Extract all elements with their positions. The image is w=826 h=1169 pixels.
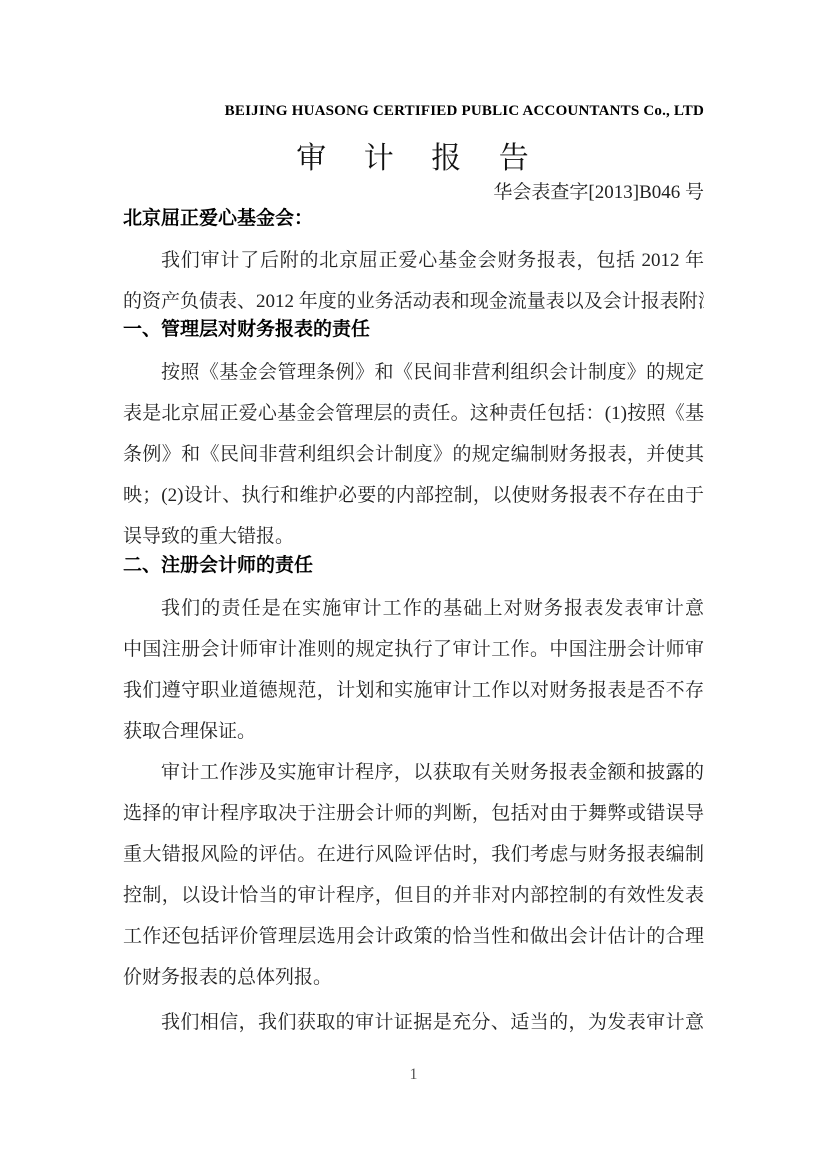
text-line: 审计工作涉及实施审计程序，以获取有关财务报表金额和披露的审计证据。 — [123, 752, 704, 793]
text-line: 工作还包括评价管理层选用会计政策的恰当性和做出会计估计的合理性，以及评 — [123, 916, 704, 957]
firm-name-english: BEIJING HUASONG CERTIFIED PUBLIC ACCOUNT… — [123, 103, 704, 120]
section2-paragraph-1: 我们的责任是在实施审计工作的基础上对财务报表发表审计意见。我们按照 中国注册会计… — [123, 588, 704, 752]
text-line: 控制，以设计恰当的审计程序，但目的并非对内部控制的有效性发表意见。审计 — [123, 875, 704, 916]
report-title: 审 计 报 告 — [123, 133, 704, 177]
text-line: 获取合理保证。 — [123, 711, 704, 752]
section2-paragraph-2: 审计工作涉及实施审计程序，以获取有关财务报表金额和披露的审计证据。 选择的审计程… — [123, 752, 704, 998]
section2-heading: 二、注册会计师的责任 — [123, 553, 704, 579]
text-line: 我们相信，我们获取的审计证据是充分、适当的，为发表审计意见提供了基 — [123, 1002, 704, 1043]
section1-paragraph: 按照《基金会管理条例》和《民间非营利组织会计制度》的规定编制财务报 表是北京屈正… — [123, 352, 704, 557]
text-line: 我们的责任是在实施审计工作的基础上对财务报表发表审计意见。我们按照 — [123, 588, 704, 629]
reference-number: 华会表查字[2013]B046 号 — [123, 177, 704, 204]
text-line: 映；(2)设计、执行和维护必要的内部控制，以使财务报表不存在由于舞弊或错 — [123, 475, 704, 516]
text-line: 价财务报表的总体列报。 — [123, 957, 704, 998]
section2-paragraph-3: 我们相信，我们获取的审计证据是充分、适当的，为发表审计意见提供了基 — [123, 1002, 704, 1043]
text-line: 条例》和《民间非营利组织会计制度》的规定编制财务报表，并使其实现公允反 — [123, 434, 704, 475]
text-line: 误导致的重大错报。 — [123, 516, 704, 557]
audit-report-page: BEIJING HUASONG CERTIFIED PUBLIC ACCOUNT… — [0, 0, 826, 1169]
text-line: 按照《基金会管理条例》和《民间非营利组织会计制度》的规定编制财务报 — [123, 352, 704, 393]
text-line: 重大错报风险的评估。在进行风险评估时，我们考虑与财务报表编制相关的内部 — [123, 834, 704, 875]
intro-paragraph: 我们审计了后附的北京屈正爱心基金会财务报表，包括 2012 年 12 月 31 … — [123, 240, 704, 322]
text-line: 我们遵守职业道德规范，计划和实施审计工作以对财务报表是否不存在重大错报 — [123, 670, 704, 711]
text-line: 表是北京屈正爱心基金会管理层的责任。这种责任包括：(1)按照《基金会管理 — [123, 393, 704, 434]
text-line: 我们审计了后附的北京屈正爱心基金会财务报表，包括 2012 年 12 月 31 … — [123, 240, 704, 281]
text-line: 的资产负债表、2012 年度的业务活动表和现金流量表以及会计报表附注。 — [123, 281, 704, 322]
addressee-line: 北京屈正爱心基金会： — [123, 203, 704, 230]
text-line: 中国注册会计师审计准则的规定执行了审计工作。中国注册会计师审计准则要求 — [123, 629, 704, 670]
text-line: 选择的审计程序取决于注册会计师的判断，包括对由于舞弊或错误导致财务报表 — [123, 793, 704, 834]
page-number: 1 — [123, 1066, 704, 1084]
section1-heading: 一、管理层对财务报表的责任 — [123, 317, 704, 343]
